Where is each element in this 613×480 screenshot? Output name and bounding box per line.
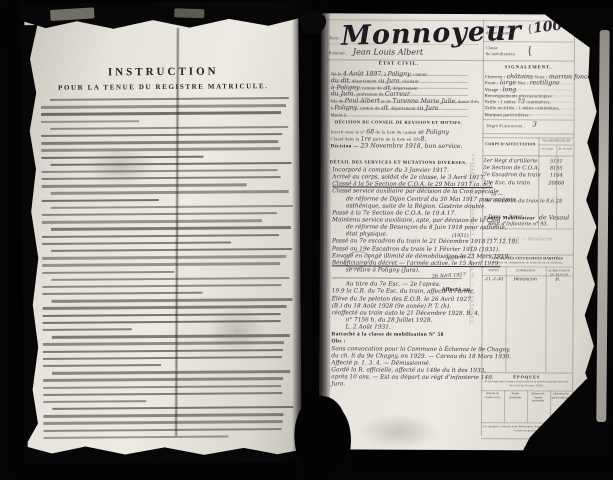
instruction-text-line — [44, 435, 229, 439]
instruction-title: INSTRUCTION — [41, 65, 286, 79]
localites-row: 21.3.30BesançonB. — [483, 277, 572, 284]
instruction-text-line — [41, 133, 282, 137]
localites-cell: Besançon — [506, 277, 545, 284]
epoques-title: ÉPOQUES — [481, 374, 572, 379]
corps-row: 19e Esc. du train20868 — [483, 180, 572, 188]
rule-line — [483, 20, 484, 60]
etat-civil-heading: ÉTAT CIVIL. — [327, 61, 471, 67]
corps-affectation-rows: 1er Régt d'artillerie51515e Section de C… — [483, 158, 572, 187]
decision-lines: Inscrit sous le n° 68 de la liste du can… — [330, 126, 467, 148]
instruction-text-line — [42, 219, 262, 223]
corps-unit: 19e Esc. du train — [483, 180, 540, 187]
rule-line — [482, 137, 573, 138]
matricule-label-line1: Numéro matricule — [486, 24, 520, 29]
text-segment: Marié à — [331, 112, 347, 117]
instruction-text-line — [42, 234, 279, 238]
campagnes-vertical-label: CAMPAGNES — BLESSURES — CITATIONS — DÉCO… — [471, 172, 476, 322]
instruction-text-line — [44, 428, 282, 432]
nom-label: Nom : — [329, 35, 341, 40]
left-page: INSTRUCTION POUR LA TENUE DU REGISTRE MA… — [24, 5, 302, 459]
text-segment: u Jura — [420, 105, 439, 112]
given-names-handwritten: Jean Louis Albert — [353, 47, 423, 56]
decision-line: Décision — 23 Novembre 1918, bon service… — [330, 141, 467, 149]
instruction-text-line — [51, 277, 289, 281]
instruction-text-line — [43, 413, 283, 417]
prenoms-label: Prénoms : — [329, 50, 348, 55]
instruction-text-line — [41, 111, 281, 115]
epoques-column-label: Réserve de l'armée active — [481, 391, 504, 404]
instruction-text-line — [41, 120, 139, 123]
instruction-body-text — [41, 97, 289, 444]
localites-subtitle: par suite de changements de domicile ou … — [482, 261, 573, 264]
corps-extra-line: Dans — Junot — [488, 214, 522, 220]
instruction-text-line — [42, 169, 278, 173]
degre-instruction-label: Degré d'instruction : — [487, 123, 525, 128]
rule-line — [527, 390, 528, 422]
instruction-text-line — [50, 97, 289, 101]
register-scan-spread: INSTRUCTION POUR LA TENUE DU REGISTRE MA… — [0, 0, 613, 480]
text-segment: , département d — [388, 106, 419, 111]
torn-left-edge — [20, 25, 40, 449]
classe-label-line1: Classe — [486, 45, 498, 50]
instruction-text-line — [42, 255, 286, 259]
paper-stain — [359, 413, 439, 449]
instruction-text-line — [51, 248, 292, 252]
rule-line — [483, 133, 574, 134]
brace-glyph: { — [527, 43, 533, 58]
right-page: Fiche établie le Nom : Monnoyeur Prénoms… — [319, 13, 607, 450]
signalement-heading: SIGNALEMENT. — [483, 64, 574, 69]
instruction-text-line — [51, 190, 289, 194]
text-segment: , canton du d — [357, 105, 383, 110]
corps-affectation-heading: CORPS D'AFFECTATION — [482, 142, 538, 146]
margin-note: vu le 14 Avril — Besançon — [486, 236, 552, 242]
instruction-text-line — [42, 241, 231, 245]
localites-cell: 21.3.30 — [483, 277, 506, 284]
text-segment: , domiciliés — [455, 99, 479, 104]
localites-title: LOCALITÉS SUCCESSIVES HABITÉES — [482, 256, 573, 260]
localites-cell: B. — [545, 277, 571, 284]
margin-note: (1931) — [452, 233, 469, 239]
text-segment: Marques particulières : — [485, 112, 532, 117]
instruction-text-line — [43, 400, 146, 403]
services-heading: DÉTAIL DES SERVICES ET MUTATIONS DIVERSE… — [326, 159, 470, 165]
instruction-text-line — [52, 370, 290, 374]
torn-paper-fragment — [174, 8, 204, 18]
instruction-subtitle: POUR LA TENUE DU REGISTRE MATRICULE. — [41, 82, 286, 92]
rule-line — [504, 390, 505, 422]
instruction-text-line — [43, 356, 282, 360]
text-segment: 23 Novembre 1918, bon service. — [360, 143, 462, 151]
instruction-text-line — [43, 392, 282, 396]
corps-extra-line: Régt d'Infanterie n° 93. — [488, 221, 548, 227]
instruction-text-line — [42, 176, 281, 180]
instruction-text-line — [42, 199, 159, 202]
rule-line — [482, 155, 573, 156]
epoques-subtitle: de passage dans l'armée territoriale et … — [483, 380, 570, 387]
instruction-text-line — [41, 147, 280, 151]
instruction-text-line — [42, 270, 174, 273]
localites-rows: 21.3.30BesançonB. — [483, 277, 572, 284]
instruction-text-line — [43, 377, 283, 381]
instruction-text-line — [42, 284, 281, 288]
instruction-text-line — [52, 406, 293, 410]
text-segment: Nez : — [516, 81, 530, 86]
instruction-text-line — [50, 126, 288, 130]
matricule-label-line2: du recrutement — [486, 30, 514, 35]
instruction-text-line — [42, 262, 280, 266]
signalement-line: Front : large Nez : rectiligne — [485, 77, 573, 84]
service-entry: Jura. — [331, 382, 467, 390]
instruction-text-line — [42, 184, 247, 188]
instruction-text-line — [43, 328, 132, 331]
etat-civil-lines: Né le 4 Août 1897, à Poligny, cantondu d… — [331, 68, 468, 116]
instruction-text-line — [43, 364, 161, 367]
classe-label-line2: de mobilisation — [486, 51, 515, 56]
instruction-text-line — [43, 385, 281, 389]
text-segment: Décision — — [330, 145, 360, 150]
degre-instruction-value: 3 — [533, 120, 538, 128]
corps-extra-line: 9e Escadron du train le 8.6.28 — [485, 198, 562, 204]
margin-note: Affecté au — [442, 287, 470, 293]
signalement-lines: Cheveux : châtains Yeux : marron foncéFr… — [485, 71, 573, 116]
instruction-text-line — [51, 205, 293, 209]
rule-line — [483, 119, 574, 120]
matricule-col-au-corps: au corps — [539, 146, 555, 150]
epoques-column-label: Réserve de l'armée territoriale — [527, 391, 550, 404]
rule-line — [545, 266, 547, 372]
matricule-col-recrutement: de recrutt — [557, 146, 573, 150]
paper-stain — [207, 305, 267, 355]
instruction-text-line — [52, 298, 293, 302]
instruction-text-line — [42, 292, 202, 296]
text-segment: rectiligne — [530, 80, 560, 87]
instruction-text-line — [51, 226, 291, 230]
decision-heading: DÉCISION DU CONSEIL DE REVISION ET MOTIF… — [327, 119, 471, 125]
epoques-column-label: Armée territoriale — [504, 391, 527, 404]
matricules-group-label: Nos MATRICULES — [539, 138, 573, 142]
instruction-text-line — [41, 140, 278, 144]
instruction-text-line — [43, 421, 282, 425]
instruction-text-line — [41, 104, 286, 108]
instruction-text-line — [42, 212, 277, 216]
